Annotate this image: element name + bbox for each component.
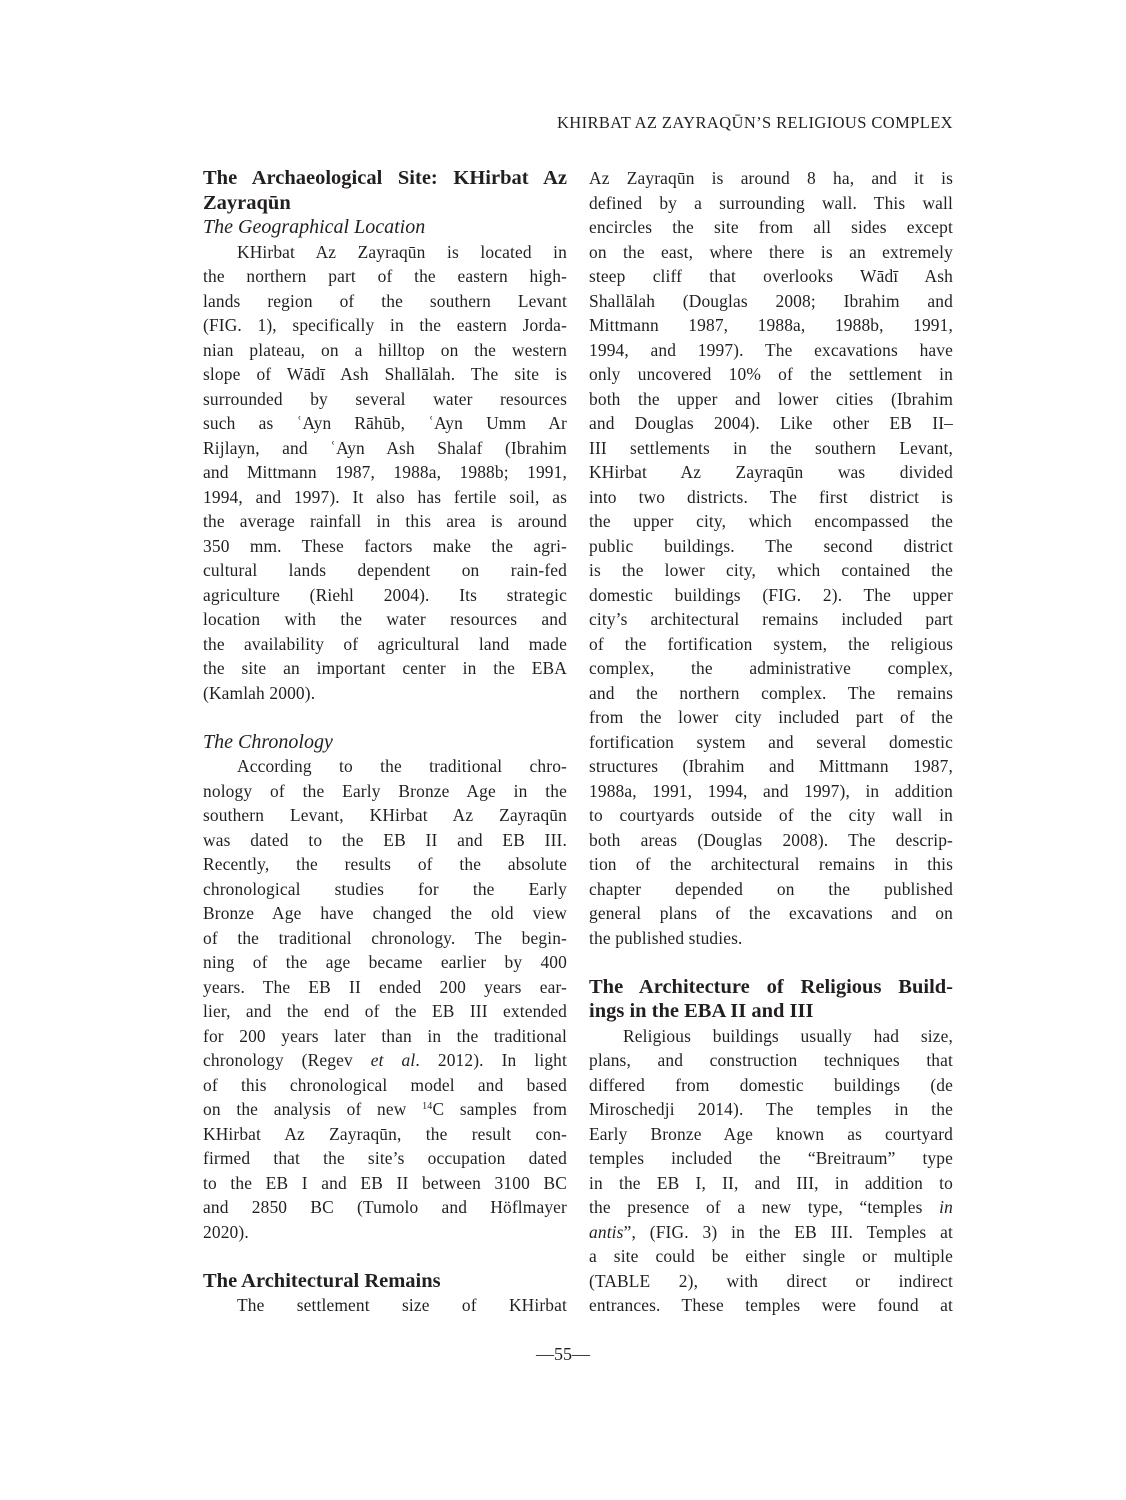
text-line: complex, the administrative complex,: [589, 656, 953, 681]
paragraph-architectural-remains: Az Zayraqūn is around 8 ha, and it is de…: [589, 166, 953, 950]
text-line: tion of the architectural remains in thi…: [589, 852, 953, 877]
text-line: the average rainfall in this area is aro…: [203, 509, 567, 534]
text-line: only uncovered 10% of the settlement in: [589, 362, 953, 387]
text-line: Recently, the results of the absolute: [203, 852, 567, 877]
text-line: fortification system and several domesti…: [589, 730, 953, 755]
text-line: domestic buildings (FIG. 2). The upper: [589, 583, 953, 608]
text-line: The settlement size of KHirbat: [203, 1293, 567, 1318]
text-line: and Mittmann 1987, 1988a, 1988b; 1991,: [203, 460, 567, 485]
text-line: the upper city, which encompassed the: [589, 509, 953, 534]
text-line: lier, and the end of the EB III extended: [203, 999, 567, 1024]
text-line: of the fortification system, the religio…: [589, 632, 953, 657]
text-line: into two districts. The first district i…: [589, 485, 953, 510]
italic-antis: antis: [589, 1222, 624, 1242]
text-line: of this chronological model and based: [203, 1073, 567, 1098]
text-fragment: ”, (FIG. 3) in the EB III. Temples at: [624, 1222, 953, 1242]
text-line: firmed that the site’s occupation dated: [203, 1146, 567, 1171]
text-line: in the EB I, II, and III, in addition to: [589, 1171, 953, 1196]
text-line: location with the water resources and: [203, 607, 567, 632]
text-line: KHirbat Az Zayraqūn was divided: [589, 460, 953, 485]
section-heading-archaeological-site-cont: Zayraqūn: [203, 191, 567, 216]
text-line: differed from domestic buildings (de: [589, 1073, 953, 1098]
text-fragment: chronology (Regev: [203, 1050, 371, 1070]
text-line: chronological studies for the Early: [203, 877, 567, 902]
text-line: entrances. These temples were found at: [589, 1293, 953, 1318]
text-line: both areas (Douglas 2008). The descrip-: [589, 828, 953, 853]
text-line: cultural lands dependent on rain-fed: [203, 558, 567, 583]
section-heading-architectural-remains: The Architectural Remains: [203, 1269, 567, 1294]
left-column: The Archaeological Site: KHirbat Az Zayr…: [203, 166, 567, 1318]
text-line: and the northern complex. The remains: [589, 681, 953, 706]
text-line: both the upper and lower cities (Ibrahim: [589, 387, 953, 412]
text-fragment: on the analysis of new: [203, 1099, 422, 1119]
text-line: agriculture (Riehl 2004). Its strategic: [203, 583, 567, 608]
text-line: was dated to the EB II and EB III.: [203, 828, 567, 853]
text-line: Miroschedji 2014). The temples in the: [589, 1097, 953, 1122]
text-fragment: C samples from: [432, 1099, 567, 1119]
text-line: plans, and construction techniques that: [589, 1048, 953, 1073]
text-line: from the lower city included part of the: [589, 705, 953, 730]
text-line: Shallālah (Douglas 2008; Ibrahim and: [589, 289, 953, 314]
text-line: 1994, and 1997). It also has fertile soi…: [203, 485, 567, 510]
text-fragment: the presence of a new type, “temples: [589, 1197, 939, 1217]
text-line: to the EB I and EB II between 3100 BC: [203, 1171, 567, 1196]
text-line: 1994, and 1997). The excavations have: [589, 338, 953, 363]
paragraph-religious-buildings: Religious buildings usually had size, pl…: [589, 1024, 953, 1318]
text-line: the availability of agricultural land ma…: [203, 632, 567, 657]
text-line: Mittmann 1987, 1988a, 1988b, 1991,: [589, 313, 953, 338]
text-line: According to the traditional chro-: [203, 754, 567, 779]
superscript-14: 14: [422, 1101, 432, 1112]
text-line: defined by a surrounding wall. This wall: [589, 191, 953, 216]
text-line: Early Bronze Age known as courtyard: [589, 1122, 953, 1147]
text-line-citation-regev: chronology (Regev et al. 2012). In light: [203, 1048, 567, 1073]
text-line: steep cliff that overlooks Wādī Ash: [589, 264, 953, 289]
text-line: public buildings. The second district: [589, 534, 953, 559]
text-line-14c: on the analysis of new 14C samples from: [203, 1097, 567, 1122]
subheading-chronology: The Chronology: [203, 730, 567, 755]
text-line: the site an important center in the EBA: [203, 656, 567, 681]
text-line: Az Zayraqūn is around 8 ha, and it is: [589, 166, 953, 191]
text-line: structures (Ibrahim and Mittmann 1987,: [589, 754, 953, 779]
text-line: chapter depended on the published: [589, 877, 953, 902]
text-line: (FIG. 1), specifically in the eastern Jo…: [203, 313, 567, 338]
text-line: 1988a, 1991, 1994, and 1997), in additio…: [589, 779, 953, 804]
section-heading-religious-buildings: The Architecture of Religious Build-: [589, 975, 953, 1000]
text-line: KHirbat Az Zayraqūn is located in: [203, 240, 567, 265]
text-line: slope of Wādī Ash Shallālah. The site is: [203, 362, 567, 387]
text-line: III settlements in the southern Levant,: [589, 436, 953, 461]
section-heading-religious-buildings-cont: ings in the EBA II and III: [589, 999, 953, 1024]
italic-in: in: [939, 1197, 953, 1217]
text-line: (TABLE 2), with direct or indirect: [589, 1269, 953, 1294]
text-line: lands region of the southern Levant: [203, 289, 567, 314]
text-line: ning of the age became earlier by 400: [203, 950, 567, 975]
text-line: nian plateau, on a hilltop on the wester…: [203, 338, 567, 363]
text-line: Religious buildings usually had size,: [589, 1024, 953, 1049]
text-line-temples-in: the presence of a new type, “temples in: [589, 1195, 953, 1220]
text-fragment: . 2012). In light: [415, 1050, 567, 1070]
text-line: and Douglas 2004). Like other EB II–: [589, 411, 953, 436]
text-line: such as ʿAyn Rāhūb, ʿAyn Umm Ar: [203, 411, 567, 436]
text-line: Rijlayn, and ʿAyn Ash Shalaf (Ibrahim: [203, 436, 567, 461]
text-line: (Kamlah 2000).: [203, 681, 567, 706]
right-column: Az Zayraqūn is around 8 ha, and it is de…: [589, 166, 953, 1318]
text-line: city’s architectural remains included pa…: [589, 607, 953, 632]
text-line: is the lower city, which contained the: [589, 558, 953, 583]
paragraph-geographical-location: KHirbat Az Zayraqūn is located in the no…: [203, 240, 567, 706]
text-line: to courtyards outside of the city wall i…: [589, 803, 953, 828]
text-line: Bronze Age have changed the old view: [203, 901, 567, 926]
text-line: general plans of the excavations and on: [589, 901, 953, 926]
text-line: a site could be either single or multipl…: [589, 1244, 953, 1269]
text-line: surrounded by several water resources: [203, 387, 567, 412]
text-line: the published studies.: [589, 926, 953, 951]
text-line: KHirbat Az Zayraqūn, the result con-: [203, 1122, 567, 1147]
text-line: for 200 years later than in the traditio…: [203, 1024, 567, 1049]
paragraph-gap: [203, 1244, 567, 1269]
text-line: southern Levant, KHirbat Az Zayraqūn: [203, 803, 567, 828]
text-line: encircles the site from all sides except: [589, 215, 953, 240]
text-line: of the traditional chronology. The begin…: [203, 926, 567, 951]
text-line: 350 mm. These factors make the agri-: [203, 534, 567, 559]
page-number: —55—: [0, 1344, 1126, 1365]
paragraph-gap: [203, 705, 567, 730]
text-line: the northern part of the eastern high-: [203, 264, 567, 289]
running-head: KHIRBAT AZ ZAYRAQŪN’S RELIGIOUS COMPLEX: [490, 113, 953, 133]
text-line: temples included the “Breitraum” type: [589, 1146, 953, 1171]
text-line-antis: antis”, (FIG. 3) in the EB III. Temples …: [589, 1220, 953, 1245]
paragraph-gap: [589, 950, 953, 975]
text-line: nology of the Early Bronze Age in the: [203, 779, 567, 804]
text-line: years. The EB II ended 200 years ear-: [203, 975, 567, 1000]
text-line: and 2850 BC (Tumolo and Höflmayer: [203, 1195, 567, 1220]
text-line: 2020).: [203, 1220, 567, 1245]
italic-et-al: et al: [371, 1050, 416, 1070]
section-heading-archaeological-site: The Archaeological Site: KHirbat Az: [203, 166, 567, 191]
text-line: on the east, where there is an extremely: [589, 240, 953, 265]
paragraph-chronology: According to the traditional chro- nolog…: [203, 754, 567, 1244]
subheading-geographical-location: The Geographical Location: [203, 215, 567, 240]
